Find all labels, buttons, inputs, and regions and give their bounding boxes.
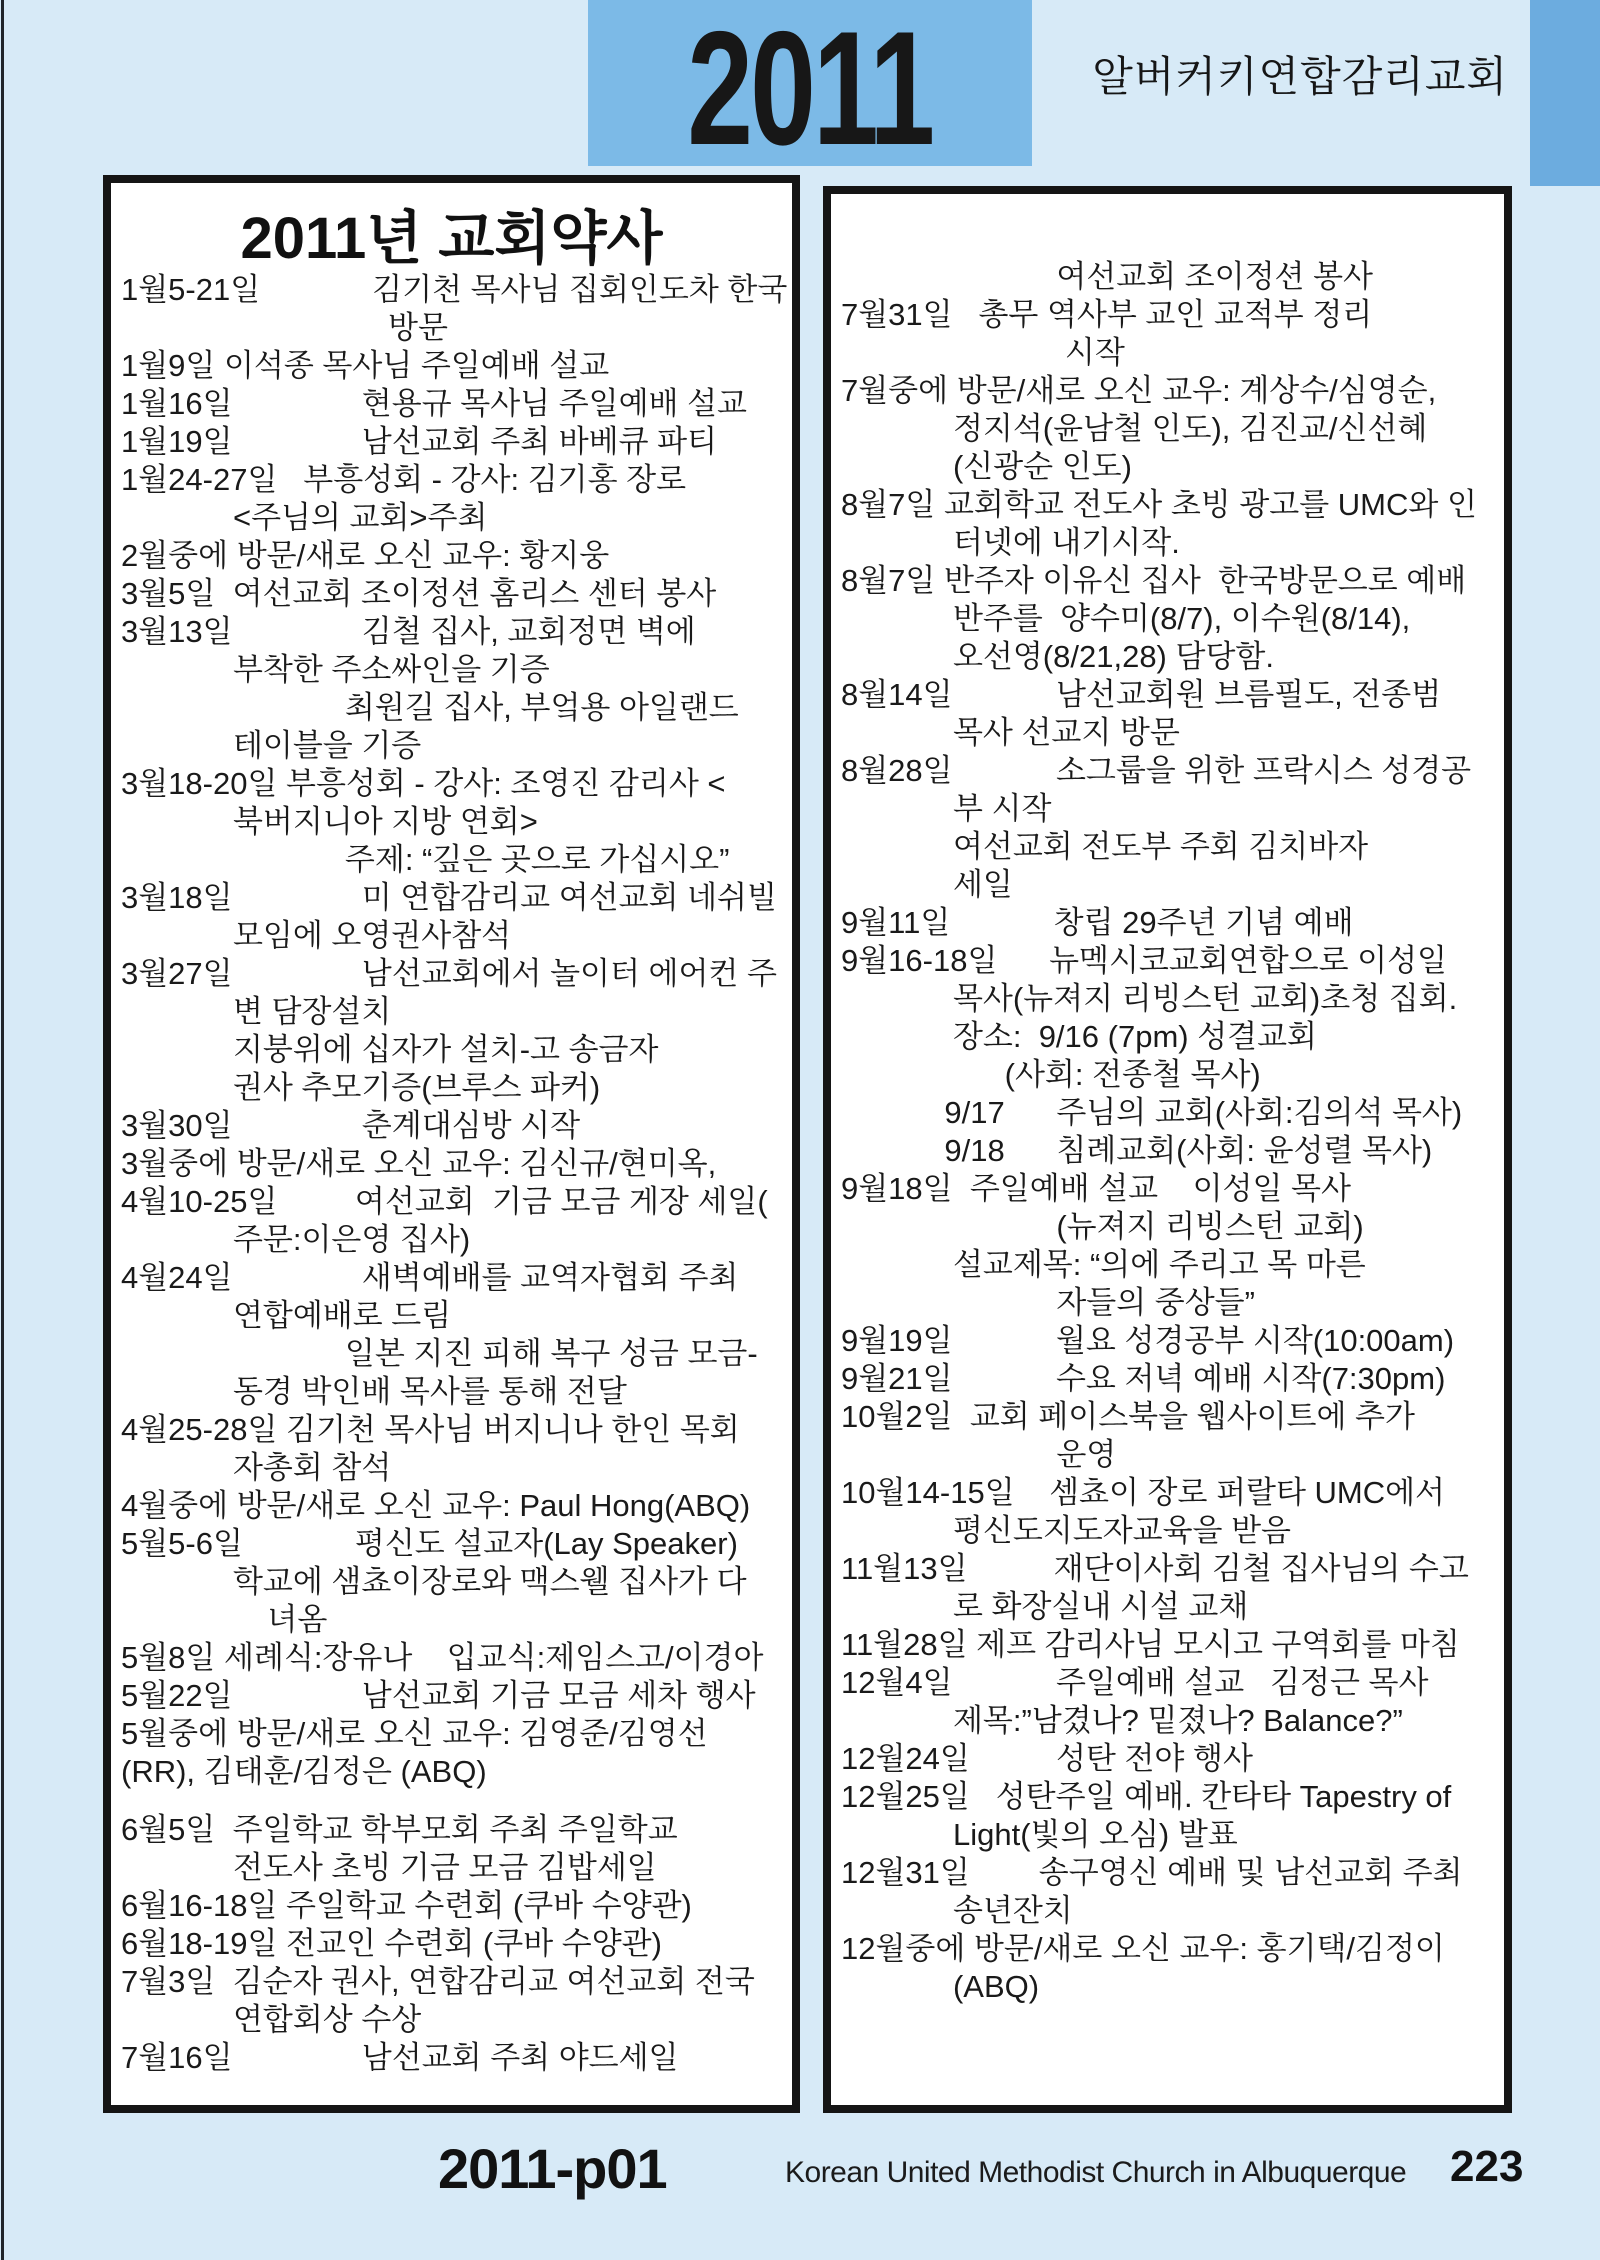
scan-edge-line bbox=[1, 0, 4, 2260]
text-line: 모임에 오영권사참석 bbox=[121, 917, 790, 955]
text-line: 전도사 초빙 기금 모금 김밥세일 bbox=[121, 1849, 790, 1887]
text-line: 주문:이은영 집사) bbox=[121, 1221, 790, 1259]
text-line: 로 화장실내 시설 교채 bbox=[841, 1588, 1502, 1626]
text-line: 5월8일 세례식:장유나 입교식:제임스고/이경아 bbox=[121, 1639, 790, 1677]
left-panel-lines: 1월5-21일 김기천 목사님 집회인도차 한국 방문1월9일 이석종 목사님 … bbox=[121, 271, 790, 2077]
church-name-korean: 알버커키연합감리교회 bbox=[1078, 44, 1508, 104]
text-line: 정지석(윤남철 인도), 김진교/신선혜 bbox=[841, 410, 1502, 448]
text-line: 지붕위에 십자가 설치-고 송금자 bbox=[121, 1031, 790, 1069]
text-line: 5월22일 남선교회 기금 모금 세차 행사 bbox=[121, 1677, 790, 1715]
text-line: 12월중에 방문/새로 오신 교우: 홍기택/김정이 bbox=[841, 1930, 1502, 1968]
text-line: 7월31일 총무 역사부 교인 교적부 정리 bbox=[841, 296, 1502, 334]
text-line: (RR), 김태훈/김정은 (ABQ) bbox=[121, 1753, 790, 1791]
year-text: 2011 bbox=[688, 12, 933, 166]
right-panel-lines: 여선교회 조이정션 봉사7월31일 총무 역사부 교인 교적부 정리 시작7월중… bbox=[841, 258, 1502, 2006]
text-line: 부 시작 bbox=[841, 790, 1502, 828]
text-line: (ABQ) bbox=[841, 1968, 1502, 2006]
text-line: 반주를 양수미(8/7), 이수원(8/14), bbox=[841, 600, 1502, 638]
text-line: 3월중에 방문/새로 오신 교우: 김신규/현미옥, bbox=[121, 1145, 790, 1183]
text-line: (사회: 전종철 목사) bbox=[841, 1056, 1502, 1094]
text-line: 3월18-20일 부흥성회 - 강사: 조영진 감리사 < bbox=[121, 765, 790, 803]
text-line: 설교제목: “의에 주리고 목 마른 bbox=[841, 1246, 1502, 1284]
text-line: 9/18 침례교회(사회: 윤성렬 목사) bbox=[841, 1132, 1502, 1170]
right-edge-bar bbox=[1530, 0, 1600, 186]
right-panel: 여선교회 조이정션 봉사7월31일 총무 역사부 교인 교적부 정리 시작7월중… bbox=[823, 186, 1512, 2113]
text-line: 북버지니아 지방 연회> bbox=[121, 803, 790, 841]
text-line: 터넷에 내기시작. bbox=[841, 524, 1502, 562]
text-line: 운영 bbox=[841, 1436, 1502, 1474]
text-line: 학교에 샘쵸이장로와 맥스웰 집사가 다 bbox=[121, 1563, 790, 1601]
text-line: 1월24-27일 부흥성회 - 강사: 김기홍 장로 bbox=[121, 461, 790, 499]
text-line: 동경 박인배 목사를 통해 전달 bbox=[121, 1373, 790, 1411]
text-line: 7월16일 남선교회 주최 야드세일 bbox=[121, 2039, 790, 2077]
text-line: 8월7일 반주자 이유신 집사 한국방문으로 예배 bbox=[841, 562, 1502, 600]
left-panel-title: 2011년 교회약사 bbox=[111, 191, 792, 275]
text-line: 2월중에 방문/새로 오신 교우: 황지웅 bbox=[121, 537, 790, 575]
text-line: 평신도지도자교육을 받음 bbox=[841, 1512, 1502, 1550]
text-line: 6월16-18일 주일학교 수련회 (쿠바 수양관) bbox=[121, 1887, 790, 1925]
page: 2011 알버커키연합감리교회 2011년 교회약사 1월5-21일 김기천 목… bbox=[0, 0, 1600, 2260]
text-line: 5월중에 방문/새로 오신 교우: 김영준/김영선 bbox=[121, 1715, 790, 1753]
text-line: 시작 bbox=[841, 334, 1502, 372]
text-line: 자총회 참석 bbox=[121, 1449, 790, 1487]
text-line: 12월31일 송구영신 예배 및 남선교회 주최 bbox=[841, 1854, 1502, 1892]
text-line: 테이블을 기증 bbox=[121, 727, 790, 765]
text-line: (신광순 인도) bbox=[841, 448, 1502, 486]
text-line: 12월4일 주일예배 설교 김정근 목사 bbox=[841, 1664, 1502, 1702]
text-line: 자들의 중상들” bbox=[841, 1284, 1502, 1322]
text-line: 4월중에 방문/새로 오신 교우: Paul Hong(ABQ) bbox=[121, 1487, 790, 1525]
text-line: 목사 선교지 방문 bbox=[841, 714, 1502, 752]
footer-page-number: 223 bbox=[1450, 2142, 1523, 2192]
text-line: 8월7일 교회학교 전도사 초빙 광고를 UMC와 인 bbox=[841, 486, 1502, 524]
text-line: 6월5일 주일학교 학부모회 주최 주일학교 bbox=[121, 1811, 790, 1849]
text-line: 일본 지진 피해 복구 성금 모금- bbox=[121, 1335, 790, 1373]
text-line: 9월11일 창립 29주년 기념 예배 bbox=[841, 904, 1502, 942]
text-line: 11월28일 제프 감리사님 모시고 구역회를 마침 bbox=[841, 1626, 1502, 1664]
text-line: 제목:”남겼나? 밑졌나? Balance?” bbox=[841, 1702, 1502, 1740]
text-line: 목사(뉴져지 리빙스턴 교회)초청 집회. bbox=[841, 980, 1502, 1018]
text-line: 10월14-15일 셈쵸이 장로 퍼랄타 UMC에서 bbox=[841, 1474, 1502, 1512]
text-line: 9월16-18일 뉴멕시코교회연합으로 이성일 bbox=[841, 942, 1502, 980]
text-line: 3월18일 미 연합감리교 여선교회 네쉬빌 bbox=[121, 879, 790, 917]
text-line: 12월24일 성탄 전야 행사 bbox=[841, 1740, 1502, 1778]
text-line: 8월28일 소그룹을 위한 프락시스 성경공 bbox=[841, 752, 1502, 790]
text-line: 7월중에 방문/새로 오신 교우: 계상수/심영순, bbox=[841, 372, 1502, 410]
text-line bbox=[121, 1791, 790, 1811]
text-line: 9월18일 주일예배 설교 이성일 목사 bbox=[841, 1170, 1502, 1208]
left-panel: 2011년 교회약사 1월5-21일 김기천 목사님 집회인도차 한국 방문1월… bbox=[103, 175, 800, 2113]
footer: 2011-p01 Korean United Methodist Church … bbox=[0, 2128, 1600, 2218]
text-line: 5월5-6일 평신도 설교자(Lay Speaker) bbox=[121, 1525, 790, 1563]
text-line: 11월13일 재단이사회 김철 집사님의 수고 bbox=[841, 1550, 1502, 1588]
text-line: 4월25-28일 김기천 목사님 버지니나 한인 목회 bbox=[121, 1411, 790, 1449]
text-line: 8월14일 남선교회원 브름필도, 전종범 bbox=[841, 676, 1502, 714]
text-line: 변 담장설치 bbox=[121, 993, 790, 1031]
text-line: 송년잔치 bbox=[841, 1892, 1502, 1930]
text-line: 1월5-21일 김기천 목사님 집회인도차 한국 bbox=[121, 271, 790, 309]
text-line: 녀옴 bbox=[121, 1601, 790, 1639]
text-line: 여선교회 전도부 주회 김치바자 bbox=[841, 828, 1502, 866]
text-line: 1월9일 이석종 목사님 주일예배 설교 bbox=[121, 347, 790, 385]
text-line: 1월16일 현용규 목사님 주일예배 설교 bbox=[121, 385, 790, 423]
text-line: 권사 추모기증(브루스 파커) bbox=[121, 1069, 790, 1107]
text-line: 오선영(8/21,28) 담당함. bbox=[841, 638, 1502, 676]
text-line: 최원길 집사, 부엌용 아일랜드 bbox=[121, 689, 790, 727]
text-line: 4월24일 새벽예배를 교역자협회 주최 bbox=[121, 1259, 790, 1297]
year-banner: 2011 bbox=[588, 0, 1032, 166]
text-line: 10월2일 교회 페이스북을 웹사이트에 추가 bbox=[841, 1398, 1502, 1436]
text-line: 3월13일 김철 집사, 교회정면 벽에 bbox=[121, 613, 790, 651]
text-line: 여선교회 조이정션 봉사 bbox=[841, 258, 1502, 296]
footer-church-name-english: Korean United Methodist Church in Albuqu… bbox=[785, 2156, 1406, 2190]
text-line: 7월3일 김순자 권사, 연합감리교 여선교회 전국 bbox=[121, 1963, 790, 2001]
text-line: 3월30일 춘계대심방 시작 bbox=[121, 1107, 790, 1145]
text-line: <주님의 교회>주최 bbox=[121, 499, 790, 537]
footer-page-code: 2011-p01 bbox=[438, 2136, 667, 2201]
text-line: 세일 bbox=[841, 866, 1502, 904]
text-line: (뉴져지 리빙스턴 교회) bbox=[841, 1208, 1502, 1246]
text-line: 9월19일 월요 성경공부 시작(10:00am) bbox=[841, 1322, 1502, 1360]
text-line: 3월5일 여선교회 조이정션 홈리스 센터 봉사 bbox=[121, 575, 790, 613]
text-line: 부착한 주소싸인을 기증 bbox=[121, 651, 790, 689]
text-line: 주제: “깊은 곳으로 가십시오” bbox=[121, 841, 790, 879]
text-line: 12월25일 성탄주일 예배. 칸타타 Tapestry of bbox=[841, 1778, 1502, 1816]
text-line: 장소: 9/16 (7pm) 성결교회 bbox=[841, 1018, 1502, 1056]
text-line: 6월18-19일 전교인 수련회 (쿠바 수양관) bbox=[121, 1925, 790, 1963]
text-line: 방문 bbox=[121, 309, 790, 347]
text-line: 4월10-25일 여선교회 기금 모금 게장 세일( bbox=[121, 1183, 790, 1221]
text-line: 연합예배로 드림 bbox=[121, 1297, 790, 1335]
text-line: 1월19일 남선교회 주최 바베큐 파티 bbox=[121, 423, 790, 461]
text-line: 9/17 주님의 교회(사회:김의석 목사) bbox=[841, 1094, 1502, 1132]
text-line: 연합회상 수상 bbox=[121, 2001, 790, 2039]
text-line: 3월27일 남선교회에서 놀이터 에어컨 주 bbox=[121, 955, 790, 993]
text-line: 9월21일 수요 저녁 예배 시작(7:30pm) bbox=[841, 1360, 1502, 1398]
text-line: Light(빛의 오심) 발표 bbox=[841, 1816, 1502, 1854]
